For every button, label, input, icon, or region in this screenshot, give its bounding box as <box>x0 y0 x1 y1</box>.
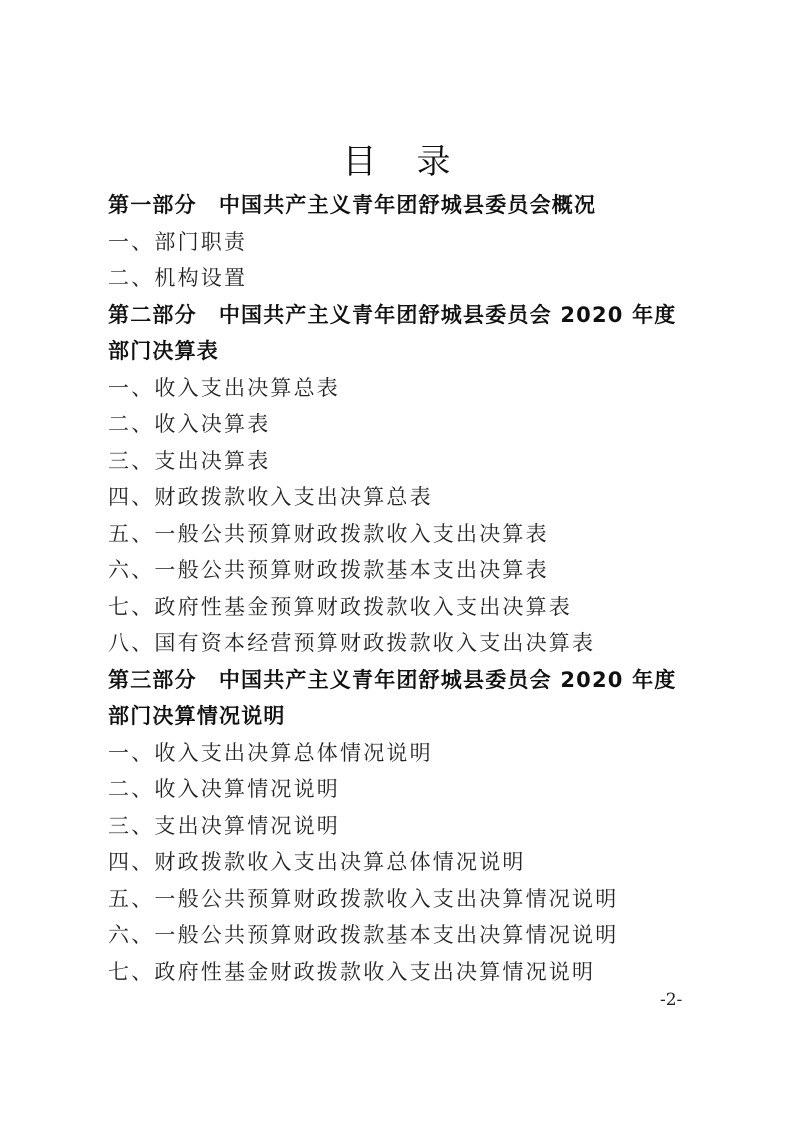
toc-item: 三、支出决算表 <box>108 443 708 480</box>
toc-item: 二、机构设置 <box>108 260 708 297</box>
toc-part-heading: 第一部分中国共产主义青年团舒城县委员会概况 <box>108 187 708 224</box>
page-number: -2- <box>660 990 682 1010</box>
toc-item: 四、财政拨款收入支出决算总表 <box>108 479 708 516</box>
toc-item: 一、收入支出决算总体情况说明 <box>108 735 708 772</box>
toc-item: 一、部门职责 <box>108 224 708 261</box>
toc-item: 六、一般公共预算财政拨款基本支出决算表 <box>108 552 708 589</box>
page-title: 目录 <box>0 142 793 182</box>
part-title: 中国共产主义青年团舒城县委员会概况 <box>219 193 596 217</box>
toc-item: 五、一般公共预算财政拨款收入支出决算情况说明 <box>108 881 708 918</box>
toc-part-heading: 第三部分中国共产主义青年团舒城县委员会 2020 年度 <box>108 662 708 699</box>
part-label: 第一部分 <box>108 193 197 217</box>
title-char-1: 目 <box>343 142 377 182</box>
part-title: 中国共产主义青年团舒城县委员会 2020 年度 <box>219 303 677 327</box>
toc-item: 二、收入决算情况说明 <box>108 771 708 808</box>
toc-item: 三、支出决算情况说明 <box>108 808 708 845</box>
title-char-2: 录 <box>417 142 451 182</box>
toc-item: 一、收入支出决算总表 <box>108 370 708 407</box>
toc-item: 二、收入决算表 <box>108 406 708 443</box>
part-label: 第三部分 <box>108 668 197 692</box>
toc-item: 六、一般公共预算财政拨款基本支出决算情况说明 <box>108 917 708 954</box>
toc-item: 七、政府性基金财政拨款收入支出决算情况说明 <box>108 954 708 991</box>
part-label: 第二部分 <box>108 303 197 327</box>
table-of-contents: 第一部分中国共产主义青年团舒城县委员会概况 一、部门职责 二、机构设置 第二部分… <box>108 187 708 990</box>
toc-part-heading-continued: 部门决算情况说明 <box>108 698 708 735</box>
toc-item: 五、一般公共预算财政拨款收入支出决算表 <box>108 516 708 553</box>
toc-part-heading-continued: 部门决算表 <box>108 333 708 370</box>
part-title: 中国共产主义青年团舒城县委员会 2020 年度 <box>219 668 677 692</box>
toc-part-heading: 第二部分中国共产主义青年团舒城县委员会 2020 年度 <box>108 297 708 334</box>
toc-item: 七、政府性基金预算财政拨款收入支出决算表 <box>108 589 708 626</box>
toc-item: 八、国有资本经营预算财政拨款收入支出决算表 <box>108 625 708 662</box>
toc-item: 四、财政拨款收入支出决算总体情况说明 <box>108 844 708 881</box>
